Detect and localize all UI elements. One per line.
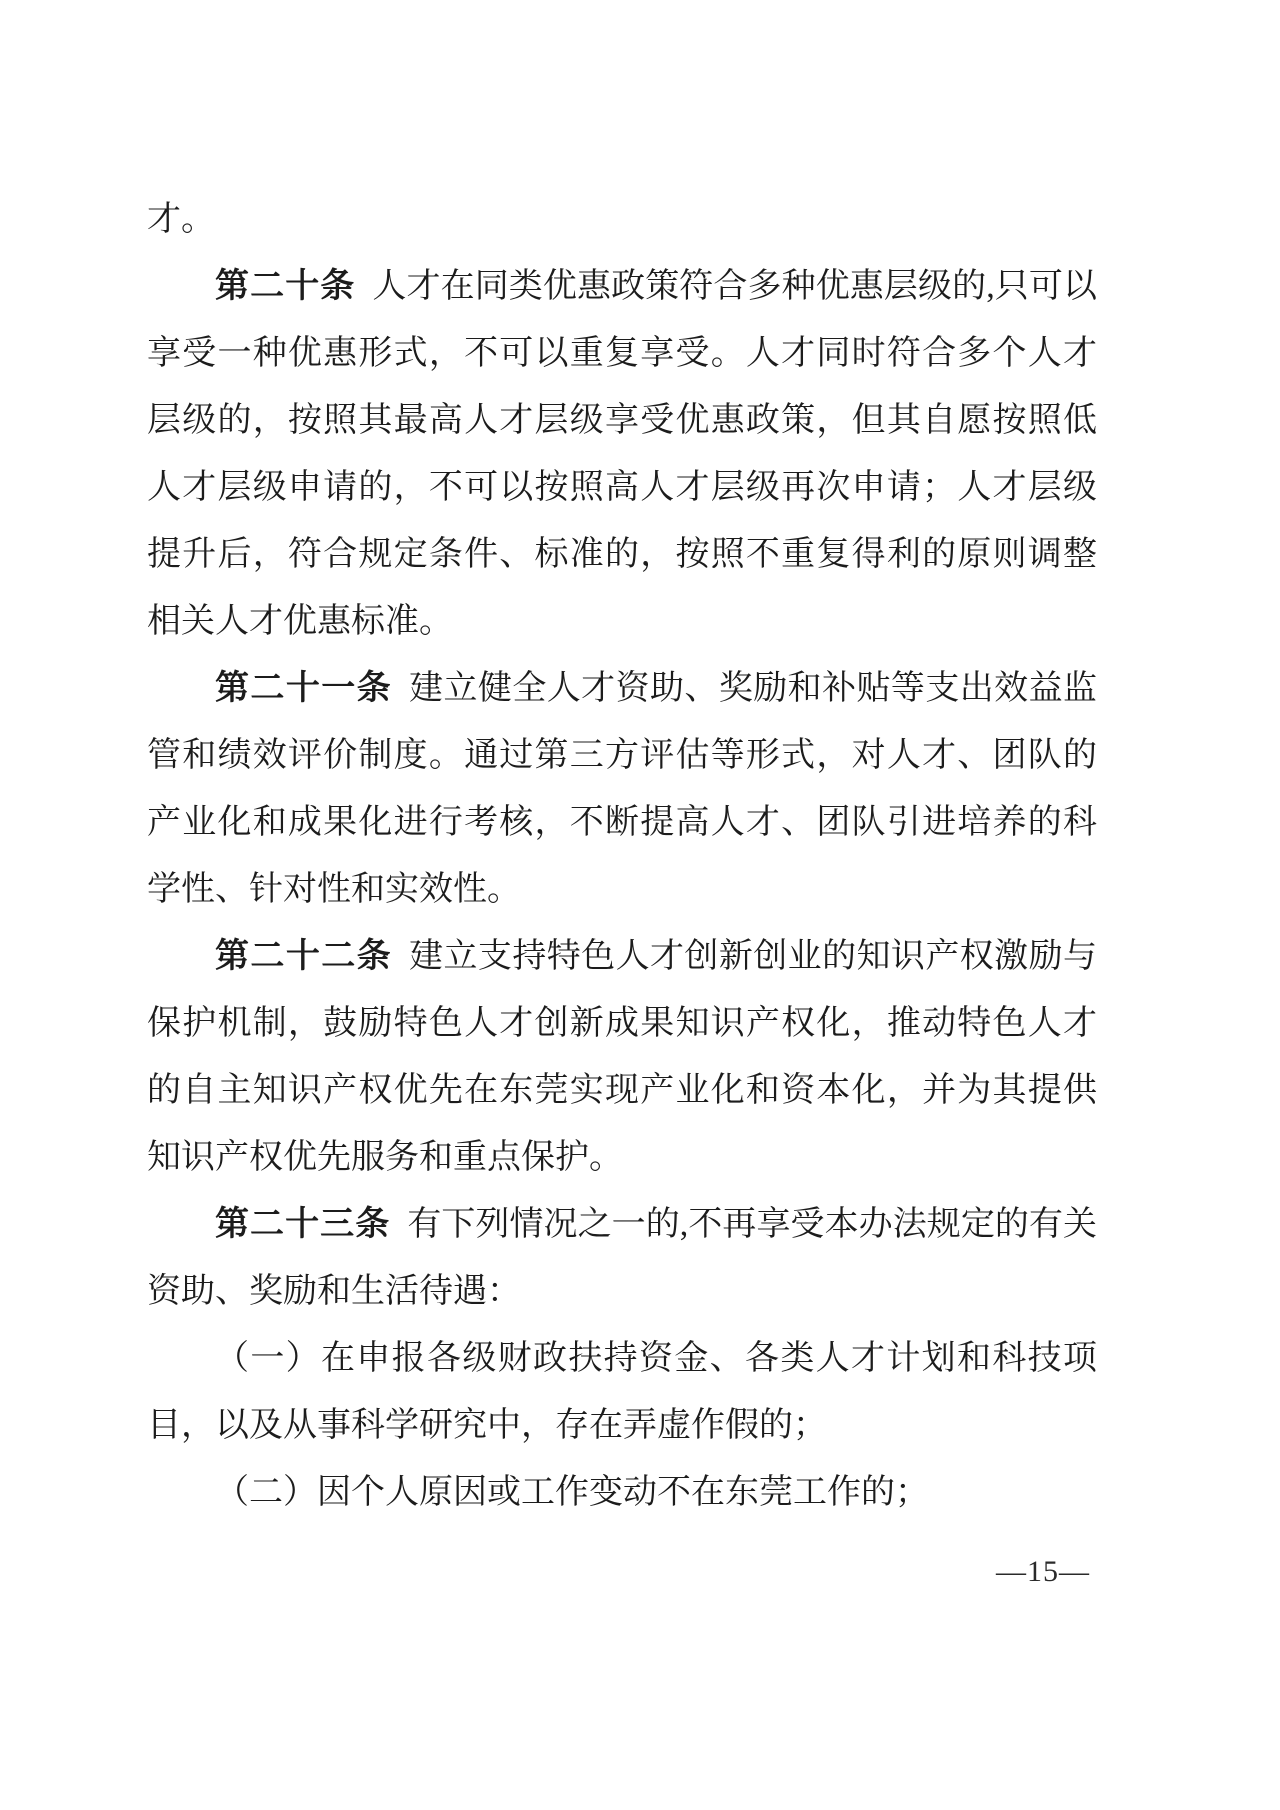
list-item-1: （一）在申报各级财政扶持资金、各类人才计划和科技项目，以及从事科学研究中，存在弄… <box>147 1325 1097 1459</box>
paragraph-text: （一）在申报各级财政扶持资金、各类人才计划和科技项目，以及从事科学研究中，存在弄… <box>147 1340 1097 1444</box>
paragraph-continuation: 才。 <box>147 186 1097 253</box>
article-number: 第二十三条 <box>215 1205 390 1243</box>
article-number: 第二十二条 <box>215 937 392 975</box>
article-paragraph-20: 第二十条人才在同类优惠政策符合多种优惠层级的,只可以享受一种优惠形式，不可以重复… <box>147 253 1097 655</box>
document-page: 才。 第二十条人才在同类优惠政策符合多种优惠层级的,只可以享受一种优惠形式，不可… <box>0 0 1280 1810</box>
document-body: 才。 第二十条人才在同类优惠政策符合多种优惠层级的,只可以享受一种优惠形式，不可… <box>147 186 1097 1526</box>
article-paragraph-23: 第二十三条有下列情况之一的,不再享受本办法规定的有关资助、奖励和生活待遇： <box>147 1191 1097 1325</box>
list-item-2: （二）因个人原因或工作变动不在东莞工作的； <box>147 1459 1097 1526</box>
article-paragraph-22: 第二十二条建立支持特色人才创新创业的知识产权激励与保护机制，鼓励特色人才创新成果… <box>147 923 1097 1191</box>
article-number: 第二十条 <box>215 267 355 305</box>
paragraph-text: 人才在同类优惠政策符合多种优惠层级的,只可以享受一种优惠形式，不可以重复享受。人… <box>147 268 1097 640</box>
paragraph-text: （二）因个人原因或工作变动不在东莞工作的； <box>215 1474 929 1511</box>
page-number: —15— <box>996 1552 1090 1592</box>
article-paragraph-21: 第二十一条建立健全人才资助、奖励和补贴等支出效益监管和绩效评价制度。通过第三方评… <box>147 655 1097 923</box>
article-number: 第二十一条 <box>215 669 392 707</box>
paragraph-text: 才。 <box>147 201 215 238</box>
